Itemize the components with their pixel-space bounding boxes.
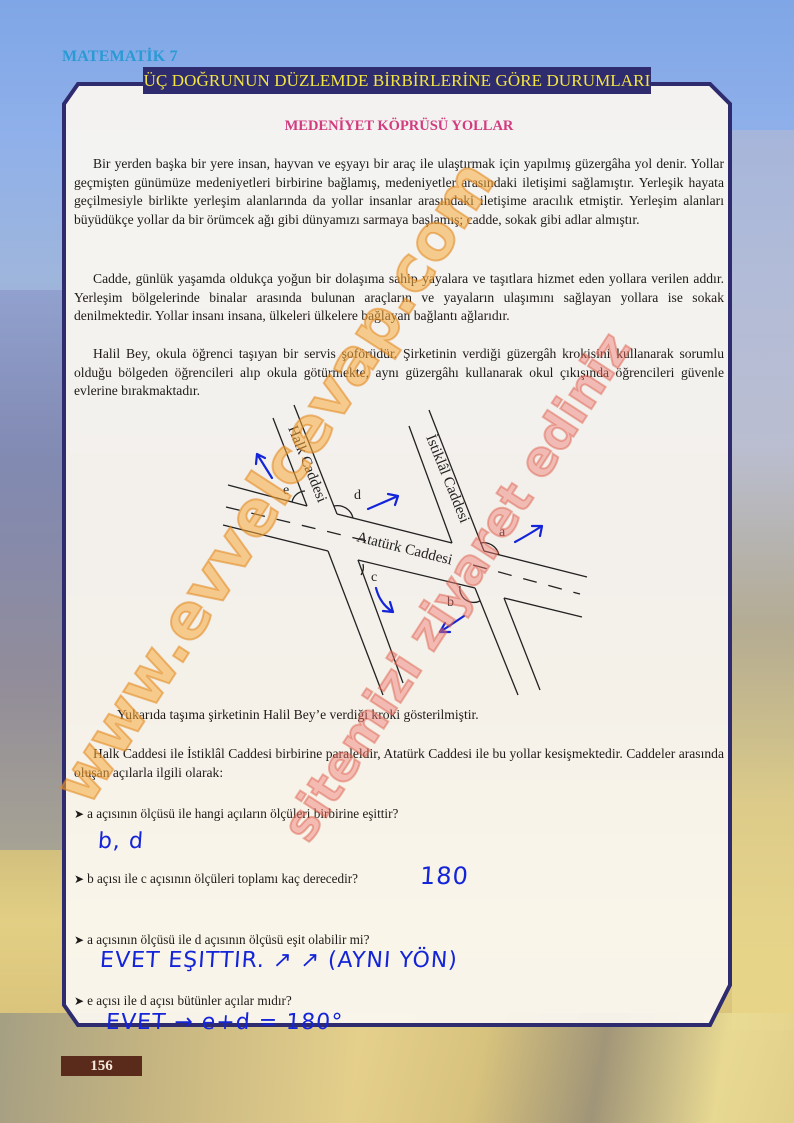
- background-city-left: [0, 290, 62, 850]
- question-text: e açısı ile d açısı bütünler açılar mıdı…: [87, 993, 292, 1008]
- chapter-title: ÜÇ DOĞRUNUN DÜZLEMDE BİRBİRLERİNE GÖRE D…: [143, 67, 651, 94]
- bullet-arrow-icon: ➤: [74, 933, 84, 947]
- angle-label-d: d: [354, 488, 361, 503]
- question-text: a açısının ölçüsü ile hangi açıların ölç…: [87, 806, 398, 821]
- handwritten-answer-2: 180: [419, 862, 470, 890]
- handwritten-answer-1: b, d: [97, 829, 145, 854]
- question-4: ➤e açısı ile d açısı bütünler açılar mıd…: [74, 993, 292, 1009]
- handwritten-answer-4: EVET → e+d = 180°: [105, 1010, 344, 1035]
- paragraph-street-definition: Cadde, günlük yaşamda oldukça yoğun bir …: [74, 270, 724, 326]
- page-number: 156: [61, 1056, 142, 1076]
- background-city-right: [732, 130, 794, 1030]
- question-text: a açısının ölçüsü ile d açısının ölçüsü …: [87, 932, 369, 947]
- question-3: ➤a açısının ölçüsü ile d açısının ölçüsü…: [74, 932, 369, 948]
- paragraph-question-intro: Halk Caddesi ile İstiklâl Caddesi birbir…: [74, 745, 724, 782]
- question-1: ➤a açısının ölçüsü ile hangi açıların öl…: [74, 806, 398, 822]
- street-diagram: e d a c b Halk Caddesi İstiklâl Caddesi …: [210, 400, 610, 700]
- subject-label: MATEMATİK 7: [62, 48, 178, 66]
- diagram-caption: Yukarıda taşıma şirketinin Halil Bey’e v…: [117, 707, 479, 723]
- paragraph-roads-intro: Bir yerden başka bir yere insan, hayvan …: [74, 155, 724, 229]
- angle-label-e: e: [283, 483, 289, 498]
- bullet-arrow-icon: ➤: [74, 872, 84, 886]
- paragraph-halil-bey: Halil Bey, okula öğrenci taşıyan bir ser…: [74, 345, 724, 401]
- angle-label-c: c: [371, 570, 377, 585]
- handwritten-answer-3: EVET EŞITTIR. ↗ ↗ (AYNI YÖN): [99, 948, 459, 973]
- section-title: MEDENİYET KÖPRÜSÜ YOLLAR: [74, 118, 724, 135]
- bullet-arrow-icon: ➤: [74, 807, 84, 821]
- street-label-istiklal: İstiklâl Caddesi: [422, 433, 472, 526]
- angle-label-b: b: [447, 595, 454, 610]
- bullet-arrow-icon: ➤: [74, 994, 84, 1008]
- question-text: b açısı ile c açısının ölçüleri toplamı …: [87, 871, 358, 886]
- angle-label-a: a: [499, 525, 506, 540]
- question-2: ➤b açısı ile c açısının ölçüleri toplamı…: [74, 871, 358, 887]
